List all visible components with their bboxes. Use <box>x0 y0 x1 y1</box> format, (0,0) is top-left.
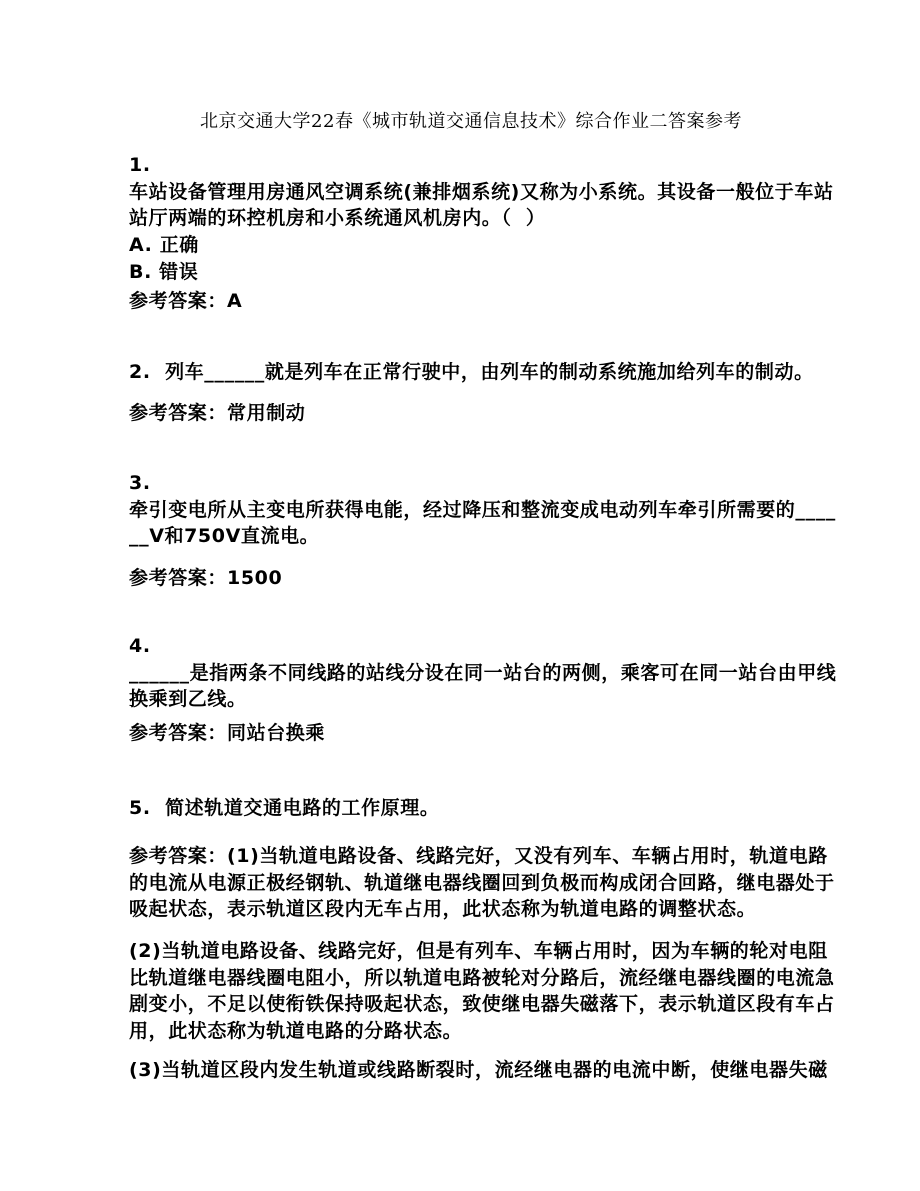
question-5-answer-paragraph-3: (3)当轨道区段内发生轨道或线路断裂时，流经继电器的电流中断，使继电器失磁 <box>129 1057 889 1084</box>
question-3: 3. 牵引变电所从主变电所获得电能，经过降压和整流变成电动列车牵引所需要的___… <box>129 470 889 550</box>
question-5-answer-p2-line-1: (2)当轨道电路设备、线路完好，但是有列车、车辆占用时，因为车辆的轮对电阻 <box>129 938 889 965</box>
question-2: 2. 列车______就是列车在正常行驶中，由列车的制动系统施加给列车的制动。 <box>129 359 889 386</box>
question-1-option-a: A. 正确 <box>129 232 889 259</box>
question-5-text: 5. 简述轨道交通电路的工作原理。 <box>129 795 889 822</box>
question-3-text-line-1: 牵引变电所从主变电所获得电能，经过降压和整流变成电动列车牵引所需要的____ <box>129 497 889 524</box>
question-1-answer: 参考答案：A <box>129 288 889 315</box>
question-1-number: 1. <box>129 152 889 179</box>
question-1-text-line-1: 车站设备管理用房通风空调系统(兼排烟系统)又称为小系统。其设备一般位于车站 <box>129 179 889 206</box>
question-3-number: 3. <box>129 470 889 497</box>
question-3-answer: 参考答案：1500 <box>129 565 889 592</box>
document-page: 北京交通大学22春《城市轨道交通信息技术》综合作业二答案参考 1. 车站设备管理… <box>0 0 920 1191</box>
question-1-answer-block: 参考答案：A <box>129 288 889 315</box>
question-4-answer: 参考答案：同站台换乘 <box>129 720 889 747</box>
question-2-answer: 参考答案：常用制动 <box>129 400 889 427</box>
question-4-number: 4. <box>129 633 889 660</box>
question-5-answer-p2-line-3: 剧变小，不足以使衔铁保持吸起状态，致使继电器失磁落下，表示轨道区段有车占 <box>129 991 889 1018</box>
question-2-text: 2. 列车______就是列车在正常行驶中，由列车的制动系统施加给列车的制动。 <box>129 359 889 386</box>
question-3-text-line-2: __V和750V直流电。 <box>129 523 889 550</box>
document-title: 北京交通大学22春《城市轨道交通信息技术》综合作业二答案参考 <box>129 108 813 135</box>
question-4-text-line-2: 换乘到乙线。 <box>129 686 889 713</box>
question-5-answer-p2-line-2: 比轨道继电器线圈电阻小，所以轨道电路被轮对分路后，流经继电器线圈的电流急 <box>129 965 889 992</box>
question-5-answer-p1-line-1: 参考答案：(1)当轨道电路设备、线路完好，又没有列车、车辆占用时，轨道电路 <box>129 843 889 870</box>
question-5-answer-p2-line-4: 用，此状态称为轨道电路的分路状态。 <box>129 1018 889 1045</box>
question-1-option-b: B. 错误 <box>129 259 889 286</box>
question-5-answer-paragraph-2: (2)当轨道电路设备、线路完好，但是有列车、车辆占用时，因为车辆的轮对电阻 比轨… <box>129 938 889 1045</box>
question-5-answer-paragraph-1: 参考答案：(1)当轨道电路设备、线路完好，又没有列车、车辆占用时，轨道电路 的电… <box>129 843 889 923</box>
question-5-answer-p3-line-1: (3)当轨道区段内发生轨道或线路断裂时，流经继电器的电流中断，使继电器失磁 <box>129 1057 889 1084</box>
question-5-answer-p1-line-3: 吸起状态，表示轨道区段内无车占用，此状态称为轨道电路的调整状态。 <box>129 896 889 923</box>
question-4-text-line-1: ______是指两条不同线路的站线分设在同一站台的两侧，乘客可在同一站台由甲线 <box>129 660 889 687</box>
question-4-answer-block: 参考答案：同站台换乘 <box>129 720 889 747</box>
question-1-text-line-2: 站厅两端的环控机房和小系统通风机房内。（ ） <box>129 205 889 232</box>
question-4: 4. ______是指两条不同线路的站线分设在同一站台的两侧，乘客可在同一站台由… <box>129 633 889 713</box>
question-1: 1. 车站设备管理用房通风空调系统(兼排烟系统)又称为小系统。其设备一般位于车站… <box>129 152 889 286</box>
question-5: 5. 简述轨道交通电路的工作原理。 <box>129 795 889 822</box>
question-3-answer-block: 参考答案：1500 <box>129 565 889 592</box>
question-5-answer-p1-line-2: 的电流从电源正极经钢轨、轨道继电器线圈回到负极而构成闭合回路，继电器处于 <box>129 870 889 897</box>
question-2-answer-block: 参考答案：常用制动 <box>129 400 889 427</box>
